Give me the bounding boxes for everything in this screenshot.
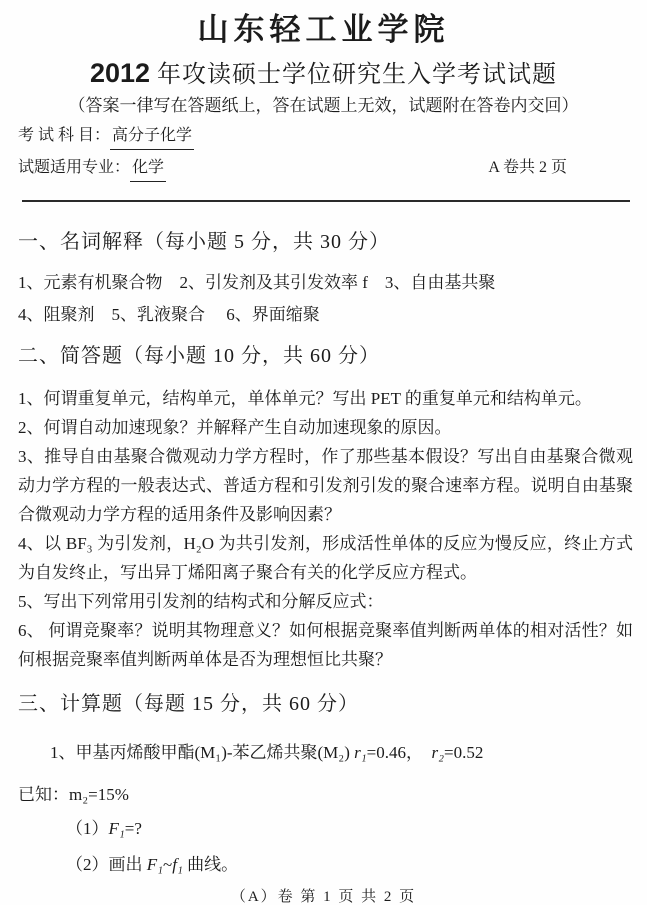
subject-line: 考 试 科 目：高分子化学 [0, 124, 647, 150]
F1-symbol: F₁ [147, 855, 163, 874]
page-footer: （A）卷 第 1 页 共 2 页 [0, 886, 647, 905]
header-divider [22, 200, 630, 202]
question-item: 3、推导自由基聚合微观动力学方程时，作了那些基本假设？写出自由基聚合微观动力学方… [0, 442, 647, 529]
question-item: 2、何谓自动加速现象？并解释产生自动加速现象的原因。 [0, 413, 647, 442]
school-name: 山东轻工业学院 [0, 10, 647, 50]
question-item: 4、以 BF₃ 为引发剂，H₂O 为共引发剂，形成活性单体的反应为慢反应，终止方… [0, 529, 647, 587]
section3-heading: 三、计算题（每题 15 分，共 60 分） [0, 690, 647, 718]
exam-title-text: 年攻读硕士学位研究生入学考试试题 [150, 62, 557, 88]
calc-subquestion-2: （2）画出 F₁~f₁ 曲线。 [0, 850, 647, 880]
subq2-text: （2）画出 [66, 855, 147, 874]
r1-value: =0.46， [367, 743, 432, 762]
question-item: 6、 何谓竞聚率？说明其物理意义？如何根据竞聚率值判断两单体的相对活性？如何根据… [0, 616, 647, 674]
calc-q1-text: 1、甲基丙烯酸甲酯(M₁)-苯乙烯共聚(M₂) [50, 743, 354, 762]
given-label: 已知： [18, 785, 69, 804]
subject-value: 高分子化学 [110, 124, 194, 150]
tilde-symbol: ~ [163, 855, 172, 874]
r2-symbol: r₂ [432, 743, 445, 762]
r1-symbol: r₁ [354, 743, 367, 762]
major-line: 试题适用专业：化学 A 卷共 2 页 [0, 156, 647, 182]
calc-question-1: 1、甲基丙烯酸甲酯(M₁)-苯乙烯共聚(M₂) r₁=0.46， r₂=0.52 [0, 740, 647, 766]
major-value: 化学 [130, 156, 166, 182]
subq2-tail: 曲线。 [183, 855, 238, 874]
subq1-number: （1） [66, 819, 109, 838]
section2-heading: 二、简答题（每小题 10 分，共 60 分） [0, 342, 647, 370]
exam-paper-page: 山东轻工业学院 2012 年攻读硕士学位研究生入学考试试题 （答案一律写在答题纸… [0, 0, 647, 905]
paper-pages-info: A 卷共 2 页 [488, 156, 567, 182]
major-left: 试题适用专业：化学 [18, 156, 166, 182]
subq1-question-mark: =? [125, 819, 142, 838]
section1-heading: 一、名词解释（每小题 5 分，共 30 分） [0, 228, 647, 256]
major-label: 试题适用专业： [18, 159, 130, 176]
section2-questions: 1、何谓重复单元，结构单元，单体单元？写出 PET 的重复单元和结构单元。 2、… [0, 384, 647, 674]
question-item: 5、写出下列常用引发剂的结构式和分解反应式： [0, 587, 647, 616]
f1-symbol: f₁ [172, 855, 183, 874]
calc-subquestion-1: （1）F₁=? [0, 814, 647, 844]
exam-year: 2012 [90, 58, 150, 88]
section1-terms-line2: 4、阻聚剂 5、乳液聚合 6、界面缩聚 [0, 302, 647, 328]
r2-value: =0.52 [444, 743, 483, 762]
question-item: 1、何谓重复单元，结构单元，单体单元？写出 PET 的重复单元和结构单元。 [0, 384, 647, 413]
section1-terms-line1: 1、元素有机聚合物 2、引发剂及其引发效率 f 3、自由基共聚 [0, 270, 647, 296]
subject-label: 考 试 科 目： [18, 127, 110, 144]
given-condition: 已知：m₂=15% [0, 782, 647, 808]
exam-title: 2012 年攻读硕士学位研究生入学考试试题 [0, 56, 647, 92]
answer-instructions: （答案一律写在答题纸上，答在试题上无效，试题附在答卷内交回） [0, 94, 647, 118]
given-value: m₂=15% [69, 785, 129, 804]
F1-symbol: F₁ [109, 819, 125, 838]
